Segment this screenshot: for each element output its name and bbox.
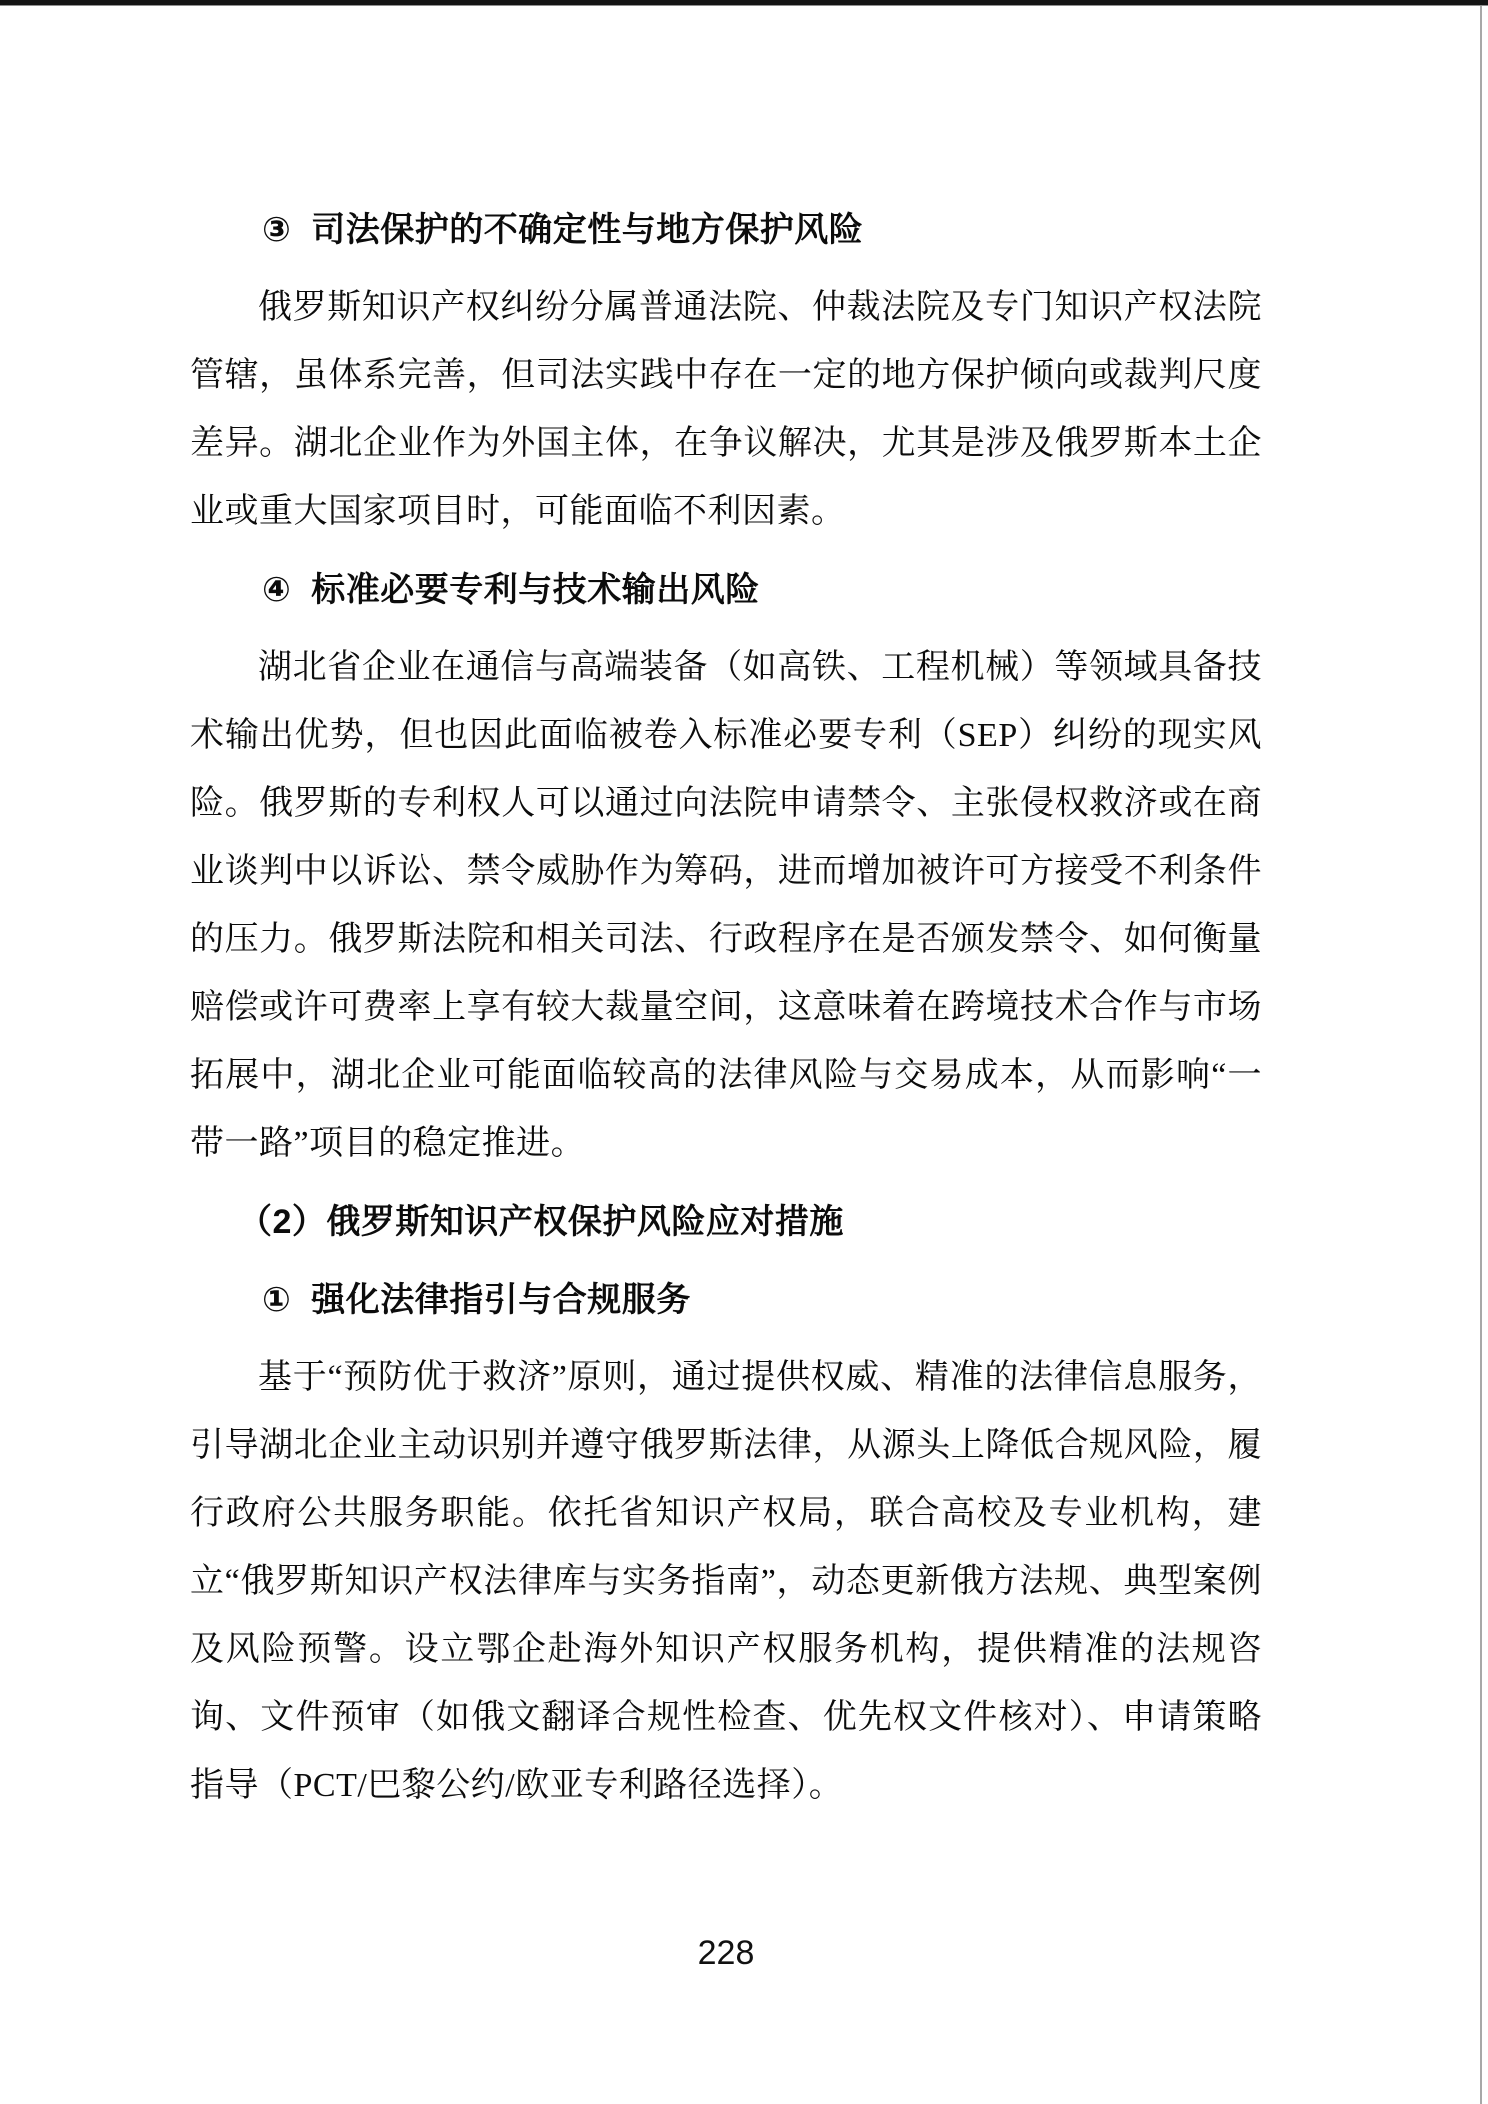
page-top-edge-bar — [0, 0, 1488, 6]
heading-number-3-icon: ③ — [262, 211, 291, 249]
paragraph-legal-guidance: 基于“预防优于救济”原则，通过提供权威、精准的法律信息服务，引导湖北企业主动识别… — [190, 1344, 1262, 1820]
heading-title: 司法保护的不确定性与地方保护风险 — [311, 211, 863, 249]
heading-title: 俄罗斯知识产权保护风险应对措施 — [326, 1203, 844, 1241]
paragraph-sep-technology-risk: 湖北省企业在通信与高端装备（如高铁、工程机械）等领域具备技术输出优势，但也因此面… — [190, 634, 1262, 1178]
heading-number-4-icon: ④ — [262, 571, 291, 609]
heading-title: 标准必要专利与技术输出风险 — [311, 571, 760, 609]
heading-sep-technology-risk: ④标准必要专利与技术输出风险 — [190, 556, 1262, 624]
page-number: 228 — [190, 1934, 1262, 1972]
heading-title: 强化法律指引与合规服务 — [311, 1281, 691, 1319]
heading-countermeasures: （2）俄罗斯知识产权保护风险应对措施 — [190, 1188, 1262, 1256]
document-page: ③司法保护的不确定性与地方保护风险 俄罗斯知识产权纠纷分属普通法院、仲裁法院及专… — [0, 0, 1488, 2104]
paragraph-judicial-protection-risk: 俄罗斯知识产权纠纷分属普通法院、仲裁法院及专门知识产权法院管辖，虽体系完善，但司… — [190, 274, 1262, 546]
heading-number-paren-2: （2） — [238, 1203, 326, 1241]
heading-legal-guidance: ①强化法律指引与合规服务 — [190, 1266, 1262, 1334]
page-right-border-rule — [1480, 6, 1482, 2104]
heading-judicial-protection-risk: ③司法保护的不确定性与地方保护风险 — [190, 196, 1262, 264]
page-content: ③司法保护的不确定性与地方保护风险 俄罗斯知识产权纠纷分属普通法院、仲裁法院及专… — [190, 186, 1262, 1820]
heading-number-1-icon: ① — [262, 1281, 291, 1319]
